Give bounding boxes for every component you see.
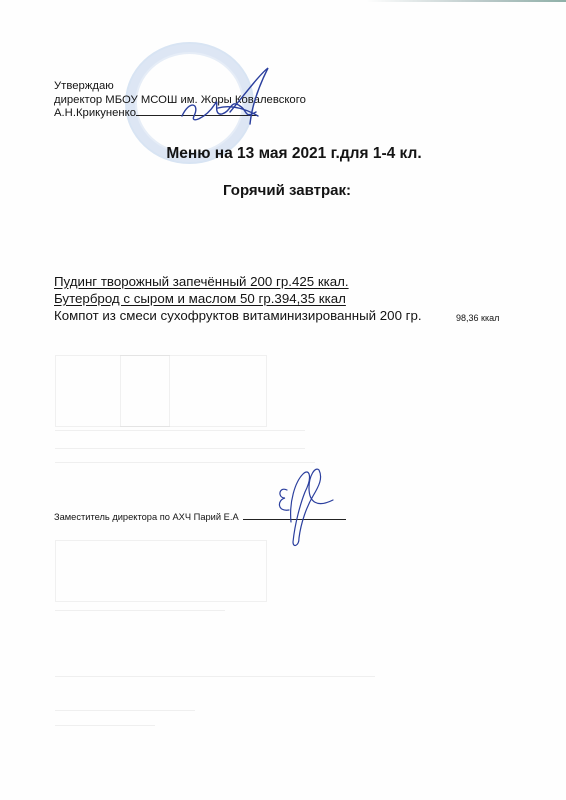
ghost-line [55, 430, 305, 431]
menu-list: Пудинг творожный запечённый 200 гр.425 к… [54, 273, 422, 324]
document-page: Утверждаю директор МБОУ МСОШ им. Жоры Ко… [0, 0, 566, 800]
deputy-signature-icon [265, 462, 335, 552]
page-title: Меню на 13 мая 2021 г.для 1-4 кл. [0, 145, 566, 163]
menu-item: Компот из смеси сухофруктов витаминизиро… [54, 307, 422, 324]
ghost-table [120, 355, 170, 427]
ghost-line [55, 448, 305, 449]
ghost-line [55, 710, 195, 711]
director-name: А.Н.Крикуненко [54, 107, 136, 119]
ghost-line [55, 725, 155, 726]
scan-edge-artifact [366, 0, 566, 2]
menu-item-kcal: 98,36 ккал [456, 310, 499, 327]
ghost-line [55, 610, 225, 611]
ghost-table [55, 540, 267, 602]
menu-item: Бутерброд с сыром и маслом 50 гр.394,35 … [54, 290, 422, 307]
meal-heading: Горячий завтрак: [0, 182, 566, 199]
menu-item: Пудинг творожный запечённый 200 гр.425 к… [54, 273, 422, 290]
director-signature-icon [160, 64, 290, 134]
deputy-label: Заместитель директора по АХЧ Парий Е.А [54, 512, 239, 522]
ghost-line [55, 676, 375, 677]
